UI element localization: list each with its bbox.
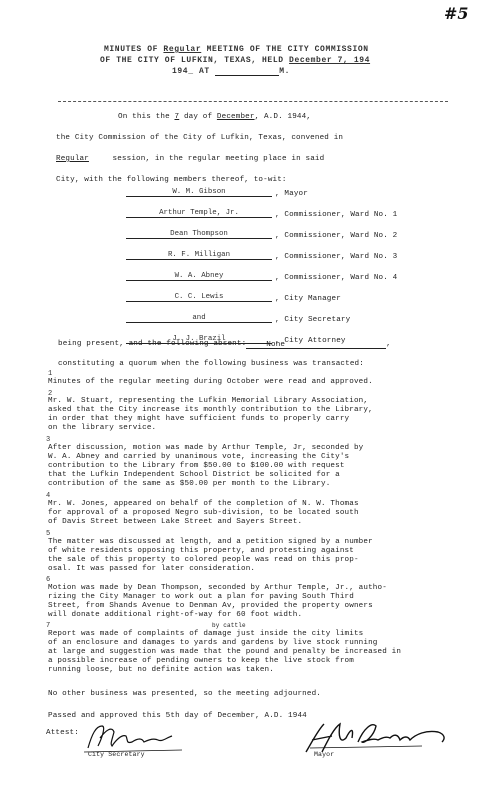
document-page: #5 MINUTES OF Regular MEETING OF THE CIT… bbox=[0, 0, 490, 800]
mayor-title: Mayor bbox=[314, 750, 334, 759]
member-name: Dean Thompson bbox=[126, 230, 272, 238]
member-title: , Commissioner, Ward No. 1 bbox=[275, 211, 397, 220]
item-line: Mr. W. Stuart, representing the Lufkin M… bbox=[48, 397, 368, 406]
item-line: a possible increase of pending owners to… bbox=[48, 657, 354, 666]
present-line: being present, and the following absent:… bbox=[58, 340, 391, 349]
header-divider bbox=[58, 101, 448, 102]
item-line: at large and suggestion was made that th… bbox=[48, 648, 401, 657]
meeting-month: December bbox=[217, 113, 255, 121]
item-number: 3 bbox=[46, 436, 50, 444]
opening-line-2: the City Commission of the City of Lufki… bbox=[56, 134, 343, 143]
item-line: the sale of this property to colored peo… bbox=[48, 556, 359, 565]
member-name: R. F. Milligan bbox=[126, 251, 272, 259]
item-line: in order that they might have sufficient… bbox=[48, 415, 349, 424]
item-line: for approval of a proposed Negro sub-div… bbox=[48, 509, 359, 518]
adjourn-line: No other business was presented, so the … bbox=[48, 690, 321, 699]
item-line: Report was made of complaints of damage … bbox=[48, 630, 363, 639]
item-line: running loose, but no definite action wa… bbox=[48, 666, 274, 675]
item-line: Minutes of the regular meeting during Oc… bbox=[48, 378, 373, 387]
item-line: contribution to the Library from $50.00 … bbox=[48, 462, 345, 471]
item-line: The matter was discussed at length, and … bbox=[48, 538, 373, 547]
member-title: , Mayor bbox=[275, 190, 308, 199]
member-title: , City Secretary bbox=[275, 316, 350, 325]
attest-label: Attest: bbox=[46, 729, 79, 738]
item-number: 6 bbox=[46, 576, 50, 584]
member-name: and bbox=[126, 314, 272, 322]
member-title: , Commissioner, Ward No. 4 bbox=[275, 274, 397, 283]
item-number: 5 bbox=[46, 530, 50, 538]
meeting-type: Regular bbox=[163, 45, 201, 54]
header-line-1: MINUTES OF Regular MEETING OF THE CITY C… bbox=[104, 45, 369, 54]
header-line-2: OF THE CITY OF LUFKIN, TEXAS, HELD Decem… bbox=[100, 56, 370, 65]
item-line: that the Lufkin Independent School Distr… bbox=[48, 471, 340, 480]
item-line: of an enclosure and damages to yards and… bbox=[48, 639, 378, 648]
meeting-day: 7 bbox=[175, 113, 180, 121]
item-line: rizing the City Manager to work out a pl… bbox=[48, 593, 354, 602]
session-type: Regular bbox=[56, 155, 89, 163]
item-line: of Davis Street between Lake Street and … bbox=[48, 518, 302, 527]
item-line: W. A. Abney and carried by unanimous vot… bbox=[48, 453, 349, 462]
member-title: , City Manager bbox=[275, 295, 341, 304]
opening-line-1: On this the 7 day of December, A.D. 1944… bbox=[118, 113, 311, 122]
header-line-3: 194_ AT M. bbox=[172, 67, 290, 76]
secretary-signature bbox=[82, 720, 192, 754]
item-line: on the library service. bbox=[48, 424, 156, 433]
item-line: asked that the City increase its monthly… bbox=[48, 406, 373, 415]
member-title: , Commissioner, Ward No. 2 bbox=[275, 232, 397, 241]
member-title: , Commissioner, Ward No. 3 bbox=[275, 253, 397, 262]
absent-value: None bbox=[246, 341, 386, 349]
item-superscript: by cattle bbox=[212, 621, 246, 630]
time-blank bbox=[215, 67, 279, 76]
member-name: W. A. Abney bbox=[126, 272, 272, 280]
item-line: Street, from Shands Avenue to Denman Av,… bbox=[48, 602, 373, 611]
opening-line-4: City, with the following members thereof… bbox=[56, 176, 287, 185]
item-line: of white residents opposing this propert… bbox=[48, 547, 354, 556]
member-name: W. M. Gibson bbox=[126, 188, 272, 196]
item-line: osal. It was passed for later considerat… bbox=[48, 565, 255, 574]
item-line: Mr. W. Jones, appeared on behalf of the … bbox=[48, 500, 359, 509]
page-number-handwritten: #5 bbox=[444, 4, 469, 23]
item-line: contribution of the same as $50.00 per m… bbox=[48, 480, 330, 489]
item-number: 4 bbox=[46, 492, 50, 500]
member-name: C. C. Lewis bbox=[126, 293, 272, 301]
held-date: December 7, 194 bbox=[289, 56, 370, 65]
item-line: will donate additional right-of-way for … bbox=[48, 611, 302, 620]
item-line: After discussion, motion was made by Art… bbox=[48, 444, 363, 453]
item-number: 1 bbox=[48, 370, 52, 378]
quorum-line: constituting a quorum when the following… bbox=[58, 360, 364, 369]
item-line: Motion was made by Dean Thompson, second… bbox=[48, 584, 387, 593]
item-number: 7 bbox=[46, 622, 50, 630]
opening-line-3: Regular session, in the regular meeting … bbox=[56, 155, 324, 164]
secretary-title: City Secretary bbox=[88, 750, 145, 759]
member-name: Arthur Temple, Jr. bbox=[126, 209, 272, 217]
